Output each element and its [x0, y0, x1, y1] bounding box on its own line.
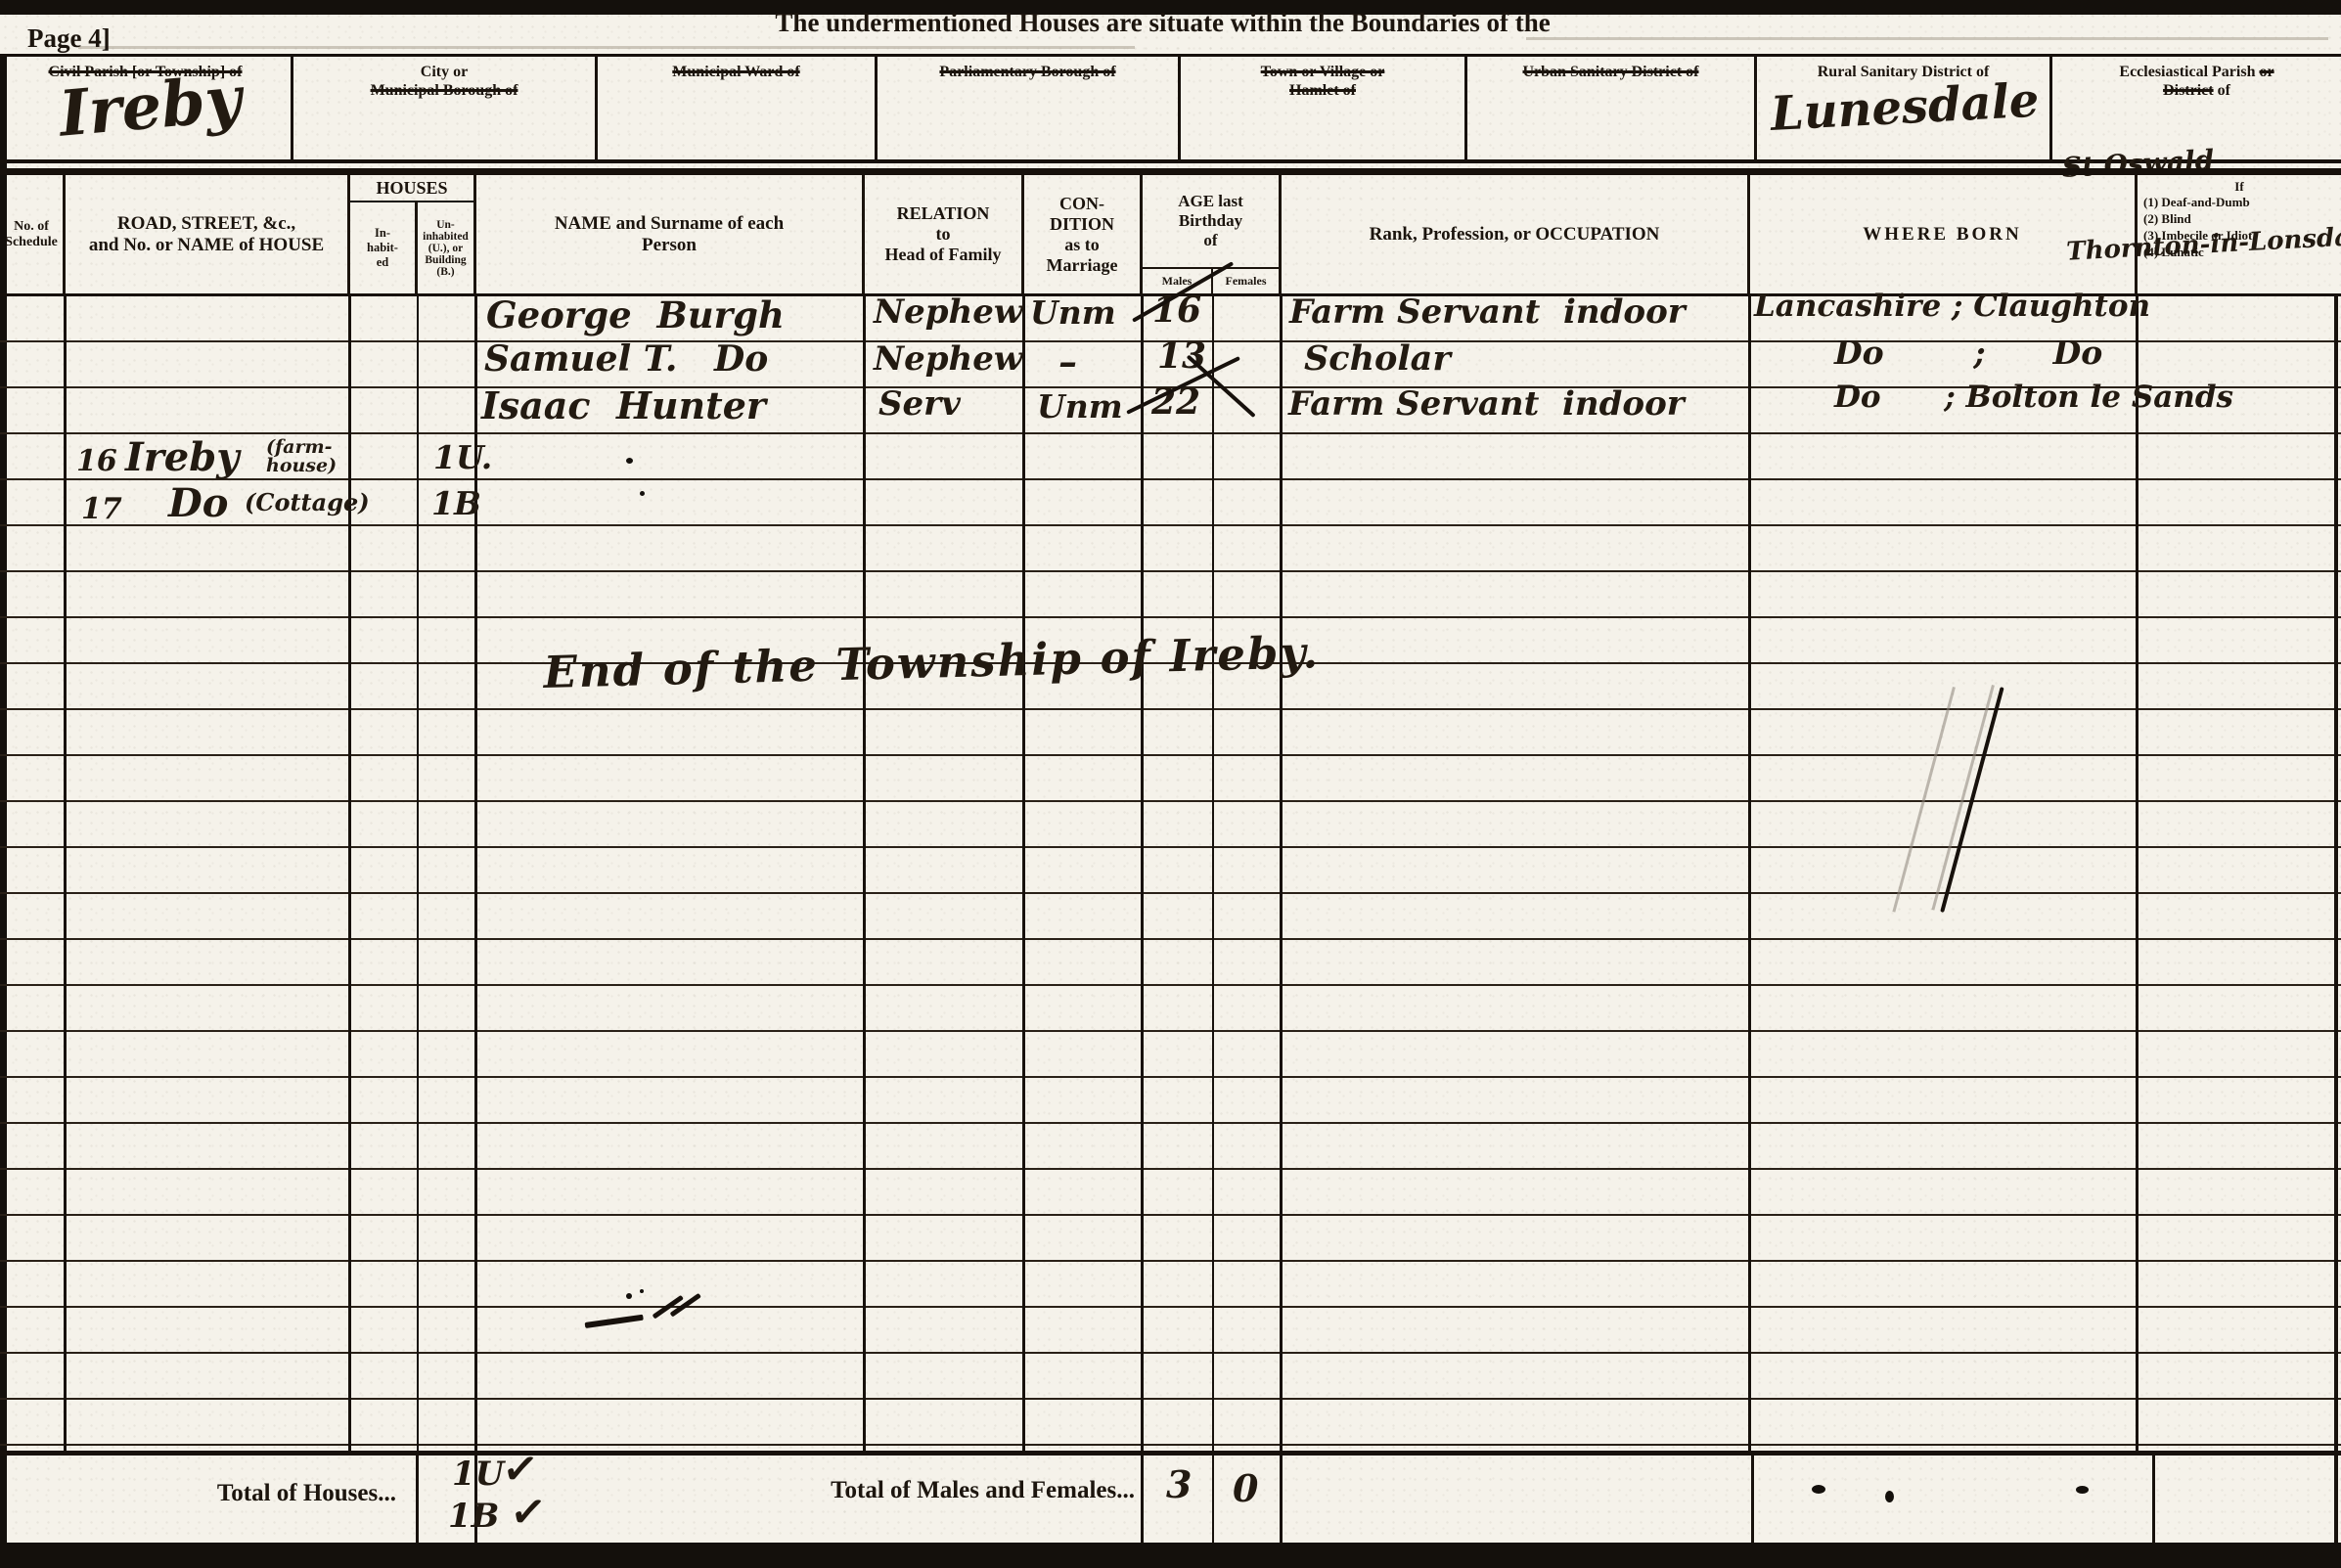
- total-houses-uninhabited: 1U: [452, 1457, 504, 1493]
- record-0-occupation: Farm Servant indoor: [1289, 295, 1686, 331]
- record-1-relation: Nephew: [874, 342, 1022, 378]
- total-houses-building: 1B: [448, 1500, 499, 1535]
- age-group-title: AGE last Birthday of: [1143, 175, 1279, 267]
- municipal-ward-label: Municipal Ward of: [598, 63, 875, 81]
- ecclesiastical-label-struck-or: or: [2259, 64, 2273, 80]
- ecclesiastical-label-line1: Ecclesiastical Parish or: [2052, 63, 2341, 81]
- col-header-inhabited: In- habit- ed: [350, 202, 418, 293]
- footer-column-rule: [2334, 1456, 2338, 1543]
- footer-column-rule: [2152, 1456, 2155, 1543]
- record-3-schedule: 16: [76, 446, 117, 477]
- record-4-road-note: (Cottage): [245, 490, 370, 515]
- record-4-uninhabited: 1B: [431, 487, 481, 521]
- record-3-uninhabited: 1U.: [433, 441, 492, 475]
- rural-sanitary-value: Lunesdale: [1769, 76, 2040, 140]
- scan-smear: [78, 46, 1135, 49]
- total-males: 3: [1166, 1465, 1192, 1504]
- boundary-header: Civil Parish [or Township] of Ireby City…: [0, 54, 2341, 163]
- checkmark: ✓: [508, 1489, 549, 1538]
- record-2-where-born: Do ; Bolton le Sands: [1834, 381, 2233, 414]
- houses-subheaders: In- habit- ed Un- inhabited (U.), or Bui…: [350, 202, 473, 293]
- table-body: [0, 296, 2341, 1456]
- city-borough-label-line2: Municipal Borough of: [293, 81, 595, 100]
- column-rule: [64, 296, 67, 1451]
- record-2-occupation: Farm Servant indoor: [1288, 387, 1685, 423]
- col-header-infirmities: If (1) Deaf-and-Dumb (2) Blind (3) Imbec…: [2138, 175, 2341, 293]
- urban-sanitary-cell: Urban Sanitary District of: [1467, 57, 1757, 159]
- record-0-relation: Nephew: [874, 295, 1022, 331]
- col-header-road: ROAD, STREET, &c., and No. or NAME of HO…: [66, 175, 350, 293]
- civil-parish-cell: Civil Parish [or Township] of Ireby: [0, 57, 293, 159]
- census-page: Page 4] The undermentioned Houses are si…: [0, 0, 2341, 1568]
- infirmity-list: (1) Deaf-and-Dumb (2) Blind (3) Imbecile…: [2143, 195, 2335, 261]
- footer-column-rule: [1212, 1456, 1214, 1543]
- record-1-where-born: Do ; Do: [1834, 336, 2102, 371]
- total-males-females-label: Total of Males and Females...: [719, 1477, 1135, 1504]
- footer-column-rule: [416, 1456, 419, 1543]
- city-borough-cell: City or Municipal Borough of: [293, 57, 598, 159]
- record-3-road-note: (farm- house): [266, 438, 337, 475]
- record-0-name: George Burgh: [486, 296, 785, 335]
- col-header-occupation: Rank, Profession, or OCCUPATION: [1282, 175, 1750, 293]
- record-0-where-born: Lancashire ; Claughton: [1754, 291, 2150, 323]
- civil-parish-value: Ireby: [57, 67, 244, 148]
- infirmity-title: If: [2143, 179, 2335, 195]
- town-village-label: Town or Village or Hamlet of: [1181, 63, 1464, 100]
- col-header-females: Females: [1213, 269, 1279, 293]
- record-1-occupation: Scholar: [1304, 341, 1451, 378]
- ink-dot: [640, 1289, 644, 1293]
- urban-sanitary-label: Urban Sanitary District of: [1467, 63, 1754, 81]
- footer-column-rule: [1280, 1456, 1283, 1543]
- record-4-schedule: 17: [81, 494, 122, 525]
- town-village-cell: Town or Village or Hamlet of: [1181, 57, 1467, 159]
- column-rule: [1280, 296, 1283, 1451]
- column-rule: [1022, 296, 1025, 1451]
- record-3-road: Ireby: [125, 437, 239, 478]
- record-0-age-male: 16: [1152, 292, 1201, 330]
- municipal-ward-cell: Municipal Ward of: [598, 57, 878, 159]
- ink-dot: [1885, 1491, 1894, 1502]
- page-number: Page 4]: [27, 23, 111, 54]
- col-header-name: NAME and Surname of each Person: [476, 175, 865, 293]
- bottom-scan-bar: [0, 1543, 2341, 1568]
- ink-dot: [2076, 1486, 2089, 1494]
- ink-dot: [1812, 1485, 1825, 1494]
- scan-smear: [1526, 37, 2328, 40]
- record-2-relation: Serv: [878, 387, 961, 423]
- column-rule: [348, 296, 351, 1451]
- rural-sanitary-cell: Rural Sanitary District of Lunesdale: [1757, 57, 2052, 159]
- column-rule: [417, 296, 419, 1451]
- col-header-condition: CON- DITION as to Marriage: [1024, 175, 1143, 293]
- footer-column-rule: [1141, 1456, 1144, 1543]
- record-2-name: Isaac Hunter: [481, 386, 766, 426]
- column-rule: [1748, 296, 1751, 1451]
- record-2-condition: Unm: [1037, 390, 1123, 425]
- city-borough-label-line1: City or: [293, 63, 595, 81]
- record-4-road: Do: [168, 483, 228, 524]
- column-rule: [1212, 296, 1214, 1451]
- parliamentary-borough-label: Parliamentary Borough of: [878, 63, 1178, 81]
- document-title: The undermentioned Houses are situate wi…: [775, 8, 1550, 38]
- record-1-age-male: 13: [1157, 338, 1206, 376]
- ecclesiastical-parish-cell: Ecclesiastical Parish or District of St …: [2052, 57, 2341, 159]
- ink-dot: [626, 1293, 632, 1299]
- ink-dot: [626, 458, 633, 464]
- total-of-houses-label: Total of Houses...: [137, 1480, 396, 1507]
- col-header-where-born: WHERE BORN: [1750, 175, 2138, 293]
- record-1-condition: –: [1058, 342, 1077, 381]
- col-header-relation: RELATION to Head of Family: [865, 175, 1024, 293]
- ecclesiastical-label-kept: Ecclesiastical Parish: [2119, 64, 2255, 80]
- ink-dot: [640, 491, 645, 496]
- parliamentary-borough-cell: Parliamentary Borough of: [878, 57, 1181, 159]
- col-header-schedule: No. of Schedule: [0, 175, 66, 293]
- column-rule: [2334, 296, 2338, 1451]
- col-header-uninhabited: Un- inhabited (U.), or Building (B.): [418, 202, 473, 293]
- column-rule: [2136, 296, 2138, 1451]
- total-females: 0: [1233, 1469, 1258, 1508]
- houses-group-title: HOUSES: [350, 175, 473, 202]
- record-0-condition: Unm: [1030, 296, 1116, 331]
- column-rule: [1141, 296, 1144, 1451]
- table-header: No. of Schedule ROAD, STREET, &c., and N…: [0, 168, 2341, 296]
- record-1-name: Samuel T. Do: [484, 341, 768, 379]
- footer-column-rule: [1751, 1456, 1754, 1543]
- column-rule: [863, 296, 866, 1451]
- col-header-houses: HOUSES In- habit- ed Un- inhabited (U.),…: [350, 175, 476, 293]
